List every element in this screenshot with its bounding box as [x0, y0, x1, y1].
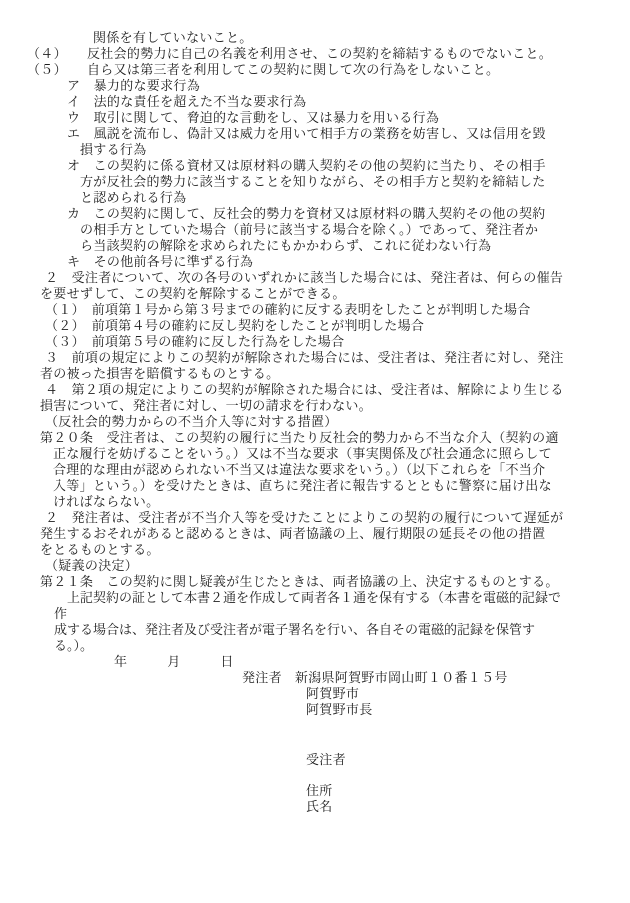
clause-item-i: イ 法的な責任を超えた不当な要求行為 — [0, 95, 570, 111]
clause-subitem-2: （２） 前項第４号の確約に反し契約をしたことが判明した場合 — [0, 319, 570, 335]
clause-item-u: ウ 取引に関して、脅迫的な言動をし、又は暴力を用いる行為 — [0, 111, 570, 127]
orderer-address: 新潟県阿賀野市岡山町１０番１５号 — [295, 671, 508, 686]
heading-doubt: （疑義の決定） — [0, 559, 570, 575]
clause-item-ka: カ この契約に関して、反社会的勢力を資材又は原材料の購入契約その他の契約 の相手… — [0, 207, 570, 255]
clause-item-5: （５） 自ら又は第三者を利用してこの契約に関して次の行為をしないこと。 — [0, 63, 570, 79]
clause-continuation-line: 関係を有していないこと。 — [0, 31, 570, 47]
article-20: 第２０条 受注者は、この契約の履行に当たり反社会的勢力から不当な介入（契約の適 … — [0, 431, 570, 511]
orderer-line: 発注者新潟県阿賀野市岡山町１０番１５号 — [0, 671, 570, 687]
orderer-title: 阿賀野市長 — [0, 703, 570, 719]
article-21: 第２１条 この契約に関し疑義が生じたときは、両者協議の上、決定するものとする。 — [0, 575, 570, 591]
document-page: 関係を有していないこと。 （４） 反社会的勢力に自己の名義を利用させ、この契約を… — [0, 0, 630, 903]
orderer-name: 阿賀野市 — [0, 687, 570, 703]
clause-paragraph-2: ２ 受注者について、次の各号のいずれかに該当した場合には、発注者は、何らの催告 … — [0, 271, 570, 303]
orderer-label: 発注者 — [242, 671, 282, 686]
clause-item-a: ア 暴力的な要求行為 — [0, 79, 570, 95]
clause-item-4: （４） 反社会的勢力に自己の名義を利用させ、この契約を締結するものでないこと。 — [0, 47, 570, 63]
closing-sentence: 上記契約の証として本書２通を作成して両者各１通を保有する（本書を電磁的記録で作 … — [0, 591, 570, 655]
clause-item-ki: キ その他前各号に準ずる行為 — [0, 255, 570, 271]
contractor-label: 受注者 — [0, 753, 570, 769]
clause-item-o: オ この契約に係る資材又は原材料の購入契約その他の契約に当たり、その相手 方が反… — [0, 159, 570, 207]
clause-item-e: エ 風説を流布し、偽計又は威力を用いて相手方の業務を妨害し、又は信用を毀 損する… — [0, 127, 570, 159]
clause-paragraph-4: ４ 第２項の規定によりこの契約が解除された場合には、受注者は、解除により生じる … — [0, 383, 570, 415]
article-20-paragraph-2: ２ 発注者は、受注者が不当介入等を受けたことによりこの契約の履行について遅延が … — [0, 511, 570, 559]
clause-subitem-3: （３） 前項第５号の確約に反した行為をした場合 — [0, 335, 570, 351]
heading-intervention: （反社会的勢力からの不当介入等に対する措置） — [0, 415, 570, 431]
contractor-address-label: 住所 — [0, 784, 570, 800]
contractor-name-label: 氏名 — [0, 800, 570, 816]
date-line: 年 月 日 — [0, 655, 570, 671]
clause-paragraph-3: ３ 前項の規定によりこの契約が解除された場合には、受注者は、発注者に対し、発注 … — [0, 351, 570, 383]
clause-subitem-1: （１） 前項第１号から第３号までの確約に反する表明をしたことが判明した場合 — [0, 303, 570, 319]
